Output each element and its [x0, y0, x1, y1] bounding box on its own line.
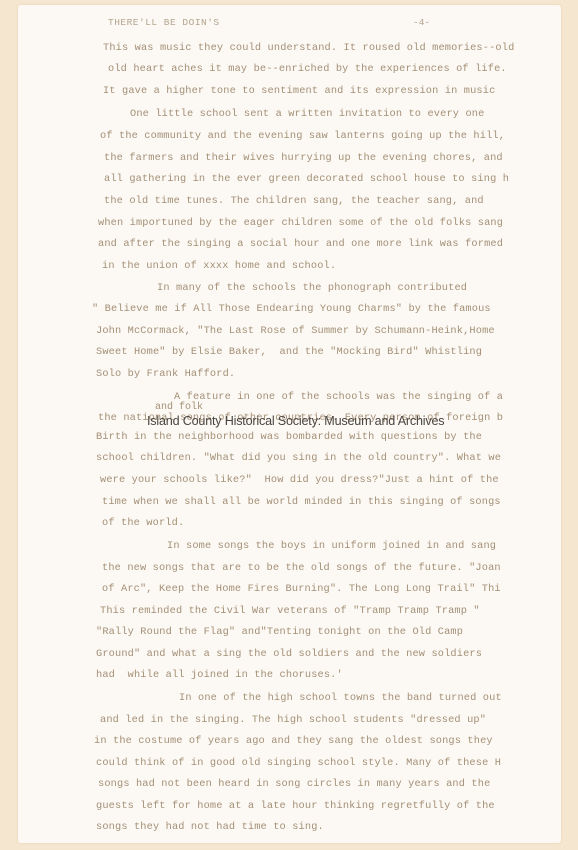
text-line: of the community and the evening saw lan… — [100, 130, 505, 142]
text-line: Sweet Home" by Elsie Baker, and the "Moc… — [96, 346, 482, 358]
text-line: all gathering in the ever green decorate… — [104, 173, 509, 185]
text-line: In many of the schools the phonograph co… — [157, 282, 467, 294]
text-line: school children. "What did you sing in t… — [96, 452, 501, 464]
text-line: time when we shall all be world minded i… — [102, 496, 501, 508]
handwritten-insertion: and folk — [155, 402, 203, 413]
text-line: were your schools like?" How did you dre… — [100, 474, 499, 486]
text-line: could think of in good old singing schoo… — [96, 757, 501, 769]
text-line: songs they had not had time to sing. — [96, 821, 324, 833]
text-line: This was music they could understand. It… — [103, 42, 514, 54]
text-line: Birth in the neighborhood was bombarded … — [96, 431, 482, 443]
text-line: old heart aches it may be--enriched by t… — [108, 63, 507, 75]
text-line: This reminded the Civil War veterans of … — [100, 605, 480, 617]
text-line: In one of the high school towns the band… — [179, 692, 502, 704]
text-line: the old time tunes. The children sang, t… — [104, 195, 484, 207]
text-line: the new songs that are to be the old son… — [102, 562, 501, 574]
text-line: Ground" and what a sing the old soldiers… — [96, 648, 482, 660]
text-line: A feature in one of the schools was the … — [174, 391, 503, 403]
page-number: -4- — [413, 17, 430, 28]
watermark-text: Island County Historical Society: Museum… — [147, 414, 444, 428]
text-line: Solo by Frank Hafford. — [96, 368, 235, 380]
text-line: in the costume of years ago and they san… — [94, 735, 493, 747]
text-line: "Rally Round the Flag" and"Tenting tonig… — [96, 626, 463, 638]
text-line: of Arc", Keep the Home Fires Burning". T… — [102, 583, 501, 595]
text-line: in the union of xxxx home and school. — [102, 260, 336, 272]
text-line: and after the singing a social hour and … — [98, 238, 503, 250]
running-header-title: THERE'LL BE DOIN'S — [108, 17, 220, 28]
text-line: and led in the singing. The high school … — [100, 714, 486, 726]
text-line: guests left for home at a late hour thin… — [96, 800, 495, 812]
text-line: John McCormack, "The Last Rose of Summer… — [96, 325, 495, 337]
text-line: One little school sent a written invitat… — [130, 108, 484, 120]
text-line: " Believe me if All Those Endearing Youn… — [92, 303, 491, 315]
text-line: It gave a higher tone to sentiment and i… — [103, 85, 495, 97]
text-line: the farmers and their wives hurrying up … — [104, 152, 503, 164]
text-line: of the world. — [102, 517, 184, 529]
text-line: In some songs the boys in uniform joined… — [167, 540, 496, 552]
text-line: had while all joined in the choruses.' — [96, 669, 343, 681]
text-line: songs had not been heard in song circles… — [98, 778, 490, 790]
text-line: when importuned by the eager children so… — [98, 217, 503, 229]
